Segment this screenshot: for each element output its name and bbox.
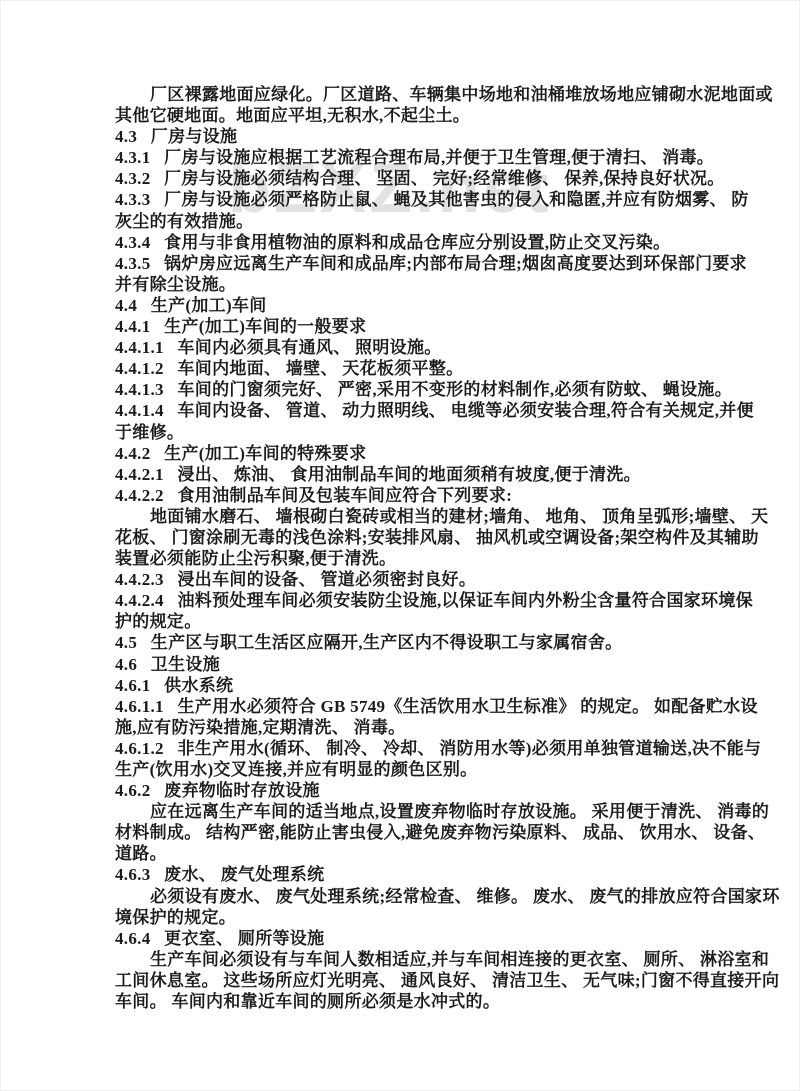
text-line: 车间。 车间内和靠近车间的厕所必须是水冲式的。 [115,991,725,1012]
text-line: 4.3.4 食用与非食用植物油的原料和成品仓库应分别设置,防止交叉污染。 [115,232,725,253]
text-line: 道路。 [115,843,725,864]
text-line: 4.4.1.1 车间内必须具有通风、 照明设施。 [115,337,725,358]
text-line: 于维修。 [115,422,725,443]
text-line: 4.6 卫生设施 [115,654,725,675]
text-line: 生产(饮用水)交叉连接,并应有明显的颜色区别。 [115,759,725,780]
text-line: 装置必须能防止尘污积聚,便于清洗。 [115,548,725,569]
text-line: 4.3 厂房与设施 [115,126,725,147]
text-line: 护的规定。 [115,611,725,632]
text-line: 4.6.3 废水、 废气处理系统 [115,864,725,885]
text-line: 应在远离生产车间的适当地点,设置废弃物临时存放设施。 采用便于清洗、 消毒的 [115,801,725,822]
text-line: 4.6.1.2 非生产用水(循环、 制冷、 冷却、 消防用水等)必须用单独管道输… [115,738,725,759]
text-line: 材料制成。 结构严密,能防止害虫侵入,避免废弃物污染原料、 成品、 饮用水、 设… [115,822,725,843]
text-line: 4.6.2 废弃物临时存放设施 [115,780,725,801]
text-line: 4.4.2 生产(加工)车间的特殊要求 [115,443,725,464]
text-line: 4.3.2 厂房与设施必须结构合理、 坚固、 完好;经常维修、 保养,保持良好状… [115,168,725,189]
text-line: 4.4 生产(加工)车间 [115,295,725,316]
text-line: 地面铺水磨石、 墙根砌白瓷砖或相当的建材;墙角、 地角、 顶角呈弧形;墙壁、 天 [115,506,725,527]
text-line: 4.6.4 更衣室、 厕所等设施 [115,928,725,949]
text-line: 4.4.2.3 浸出车间的设备、 管道必须密封良好。 [115,569,725,590]
text-line: 4.3.1 厂房与设施应根据工艺流程合理布局,并便于卫生管理,便于清扫、 消毒。 [115,147,725,168]
text-line: 厂区裸露地面应绿化。厂区道路、车辆集中场地和油桶堆放场地应铺砌水泥地面或 [115,84,725,105]
text-line: 并有除尘设施。 [115,274,725,295]
text-line: 4.6.1.1 生产用水必须符合 GB 5749《生活饮用水卫生标准》 的规定。… [115,696,725,717]
text-line: 4.4.1.4 车间内设备、 管道、 动力照明线、 电缆等必须安装合理,符合有关… [115,400,725,421]
text-line: 灰尘的有效措施。 [115,211,725,232]
text-line: 4.3.3 厂房与设施必须严格防止鼠、 蝇及其他害虫的侵入和隐匿,并应有防烟雾、… [115,189,725,210]
text-line: 工间休息室。 这些场所应灯光明亮、 通风良好、 清洁卫生、 无气味;门窗不得直接… [115,970,725,991]
text-line: 4.6.1 供水系统 [115,675,725,696]
text-line: 境保护的规定。 [115,907,725,928]
text-line: 4.4.1 生产(加工)车间的一般要求 [115,316,725,337]
document-body: 厂区裸露地面应绿化。厂区道路、车辆集中场地和油桶堆放场地应铺砌水泥地面或其他它硬… [115,84,725,1012]
text-line: 4.4.1.2 车间内地面、 墙壁、 天花板须平整。 [115,358,725,379]
text-line: 4.3.5 锅炉房应远离生产车间和成品库;内部布局合理;烟囱高度要达到环保部门要… [115,253,725,274]
document-page: bZXZ.net 厂区裸露地面应绿化。厂区道路、车辆集中场地和油桶堆放场地应铺砌… [0,0,800,1091]
text-line: 4.4.1.3 车间的门窗须完好、 严密,采用不变形的材料制作,必须有防蚊、 蝇… [115,379,725,400]
text-line: 4.5 生产区与职工生活区应隔开,生产区内不得设职工与家属宿舍。 [115,632,725,653]
text-line: 生产车间必须设有与车间人数相适应,并与车间相连接的更衣室、 厕所、 淋浴室和 [115,949,725,970]
text-line: 施,应有防污染措施,定期清洗、 消毒。 [115,717,725,738]
text-line: 4.4.2.4 油料预处理车间必须安装防尘设施,以保证车间内外粉尘含量符合国家环… [115,590,725,611]
text-line: 其他它硬地面。地面应平坦,无积水,不起尘土。 [115,105,725,126]
text-line: 必须设有废水、 废气处理系统;经常检查、 维修。 废水、 废气的排放应符合国家环 [115,886,725,907]
text-line: 4.4.2.2 食用油制品车间及包装车间应符合下列要求: [115,485,725,506]
text-line: 4.4.2.1 浸出、 炼油、 食用油制品车间的地面须稍有坡度,便于清洗。 [115,464,725,485]
text-line: 花板、 门窗涂刷无毒的浅色涂料;安装排风扇、 抽风机或空调设备;架空构件及其辅助 [115,527,725,548]
